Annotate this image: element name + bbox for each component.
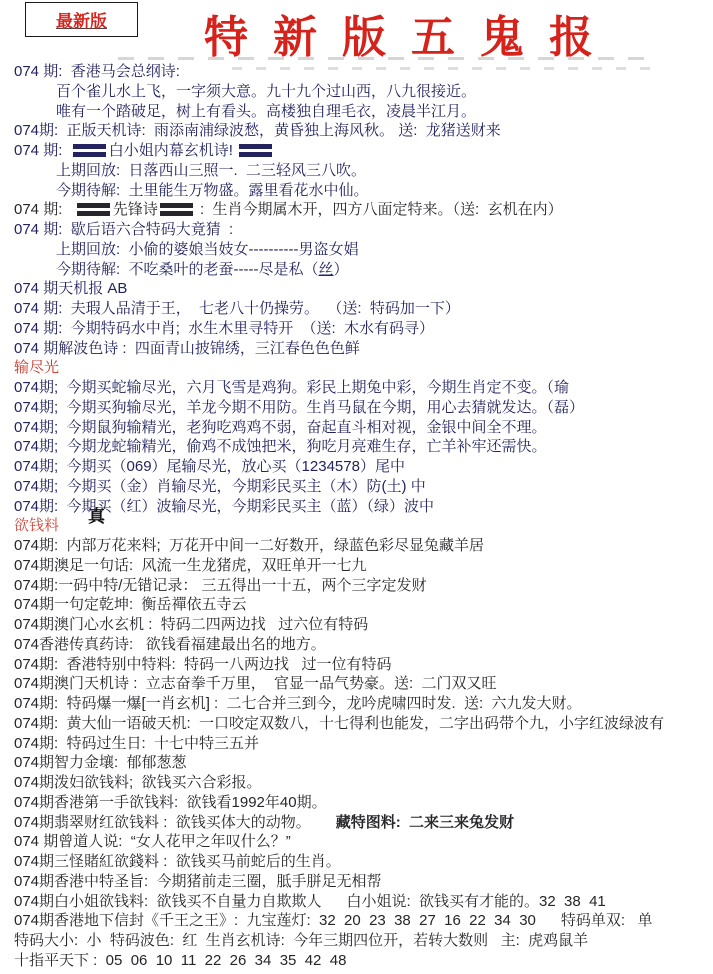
text-segment: 074期; 今期买（金）肖输尽光，今期彩民买主（木）防(土) 中 bbox=[14, 478, 426, 495]
text-segment: 074 期: bbox=[14, 201, 75, 218]
overlay-character: 真 bbox=[88, 507, 105, 527]
text-segment: 074 期曾道人说: “女人花甲之年叹什么？” bbox=[14, 833, 291, 850]
report-line: 074期: 特码爆一爆[一肖玄机] : 二七合并三到今，龙吟虎啸四时发. 送: … bbox=[14, 694, 713, 714]
text-segment: 074期: 特码爆一爆[一肖玄机] : 二七合并三到今，龙吟虎啸四时发. 送: … bbox=[14, 695, 582, 712]
report-line: 074 期: 香港马会总纲诗: bbox=[14, 62, 713, 82]
text-segment: 074期香港地下信封《千王之王》: 九宝莲灯: 32 20 23 38 27 1… bbox=[14, 912, 653, 929]
report-line: 074期香港中特圣旨: 今期猪前走三圈，胝手胼足无相帮 bbox=[14, 872, 713, 892]
report-line: 074期三怪賭紅欲錢料 : 欲钱买马前蛇后的生肖。 bbox=[14, 852, 713, 872]
text-segment: 今期待解: 土里能生万物盛。露里看花水中仙。 bbox=[56, 182, 369, 199]
report-line: 074期; 今期买狗输尽光，羊龙今期不用防。生肖马鼠在今期，用心去猜就发达。（磊… bbox=[14, 398, 713, 418]
text-segment: 074期: 特码过生日: 十七中特三五并 bbox=[14, 735, 259, 752]
report-line: 074期: 特码过生日: 十七中特三五并 bbox=[14, 734, 713, 754]
faded-print-artifact bbox=[118, 57, 646, 60]
text-segment: 白小姐内幕玄机诗! bbox=[109, 142, 237, 159]
text-segment: 074期澳门心水玄机 : 特码二四两边找 过六位有特码 bbox=[14, 616, 368, 633]
report-line: 074 期: 夫瑕人品清于王， 七老八十仍操劳。 （送: 特码加一下） bbox=[14, 299, 713, 319]
text-segment: 074期; 今期买（069）尾输尽光，放心买（1234578）尾中 bbox=[14, 458, 405, 475]
report-line: 074期香港第一手欲钱料: 欲钱看1992年40期。 bbox=[14, 793, 713, 813]
report-line: 输尽光 bbox=[14, 358, 713, 378]
text-segment: 074期香港中特圣旨: 今期猪前走三圈，胝手胼足无相帮 bbox=[14, 873, 382, 890]
text-segment: 074期:一码中特/无错记录： 三五得出一十五，两个三字定发财 bbox=[14, 577, 427, 594]
text-segment: 074期翡翠财红欲钱料 : 欲钱买体大的动物。 bbox=[14, 814, 336, 831]
report-line: 074期: 黄大仙一语破天机: 一口咬定双数八，十七得利也能发，二字出码带个九，… bbox=[14, 714, 713, 734]
report-line: 074期澳门心水玄机 : 特码二四两边找 过六位有特码 bbox=[14, 615, 713, 635]
text-segment: 074期: 正版天机诗: 雨添南浦绿波愁，黄昏独上海风秋。 送: 龙猪送财来 bbox=[14, 122, 501, 139]
report-line: 074 期: 先锋诗 : 生肖今期属木开，四方八面定特来。（送: 玄机在内） bbox=[14, 200, 713, 220]
text-segment: 074 期: 夫瑕人品清于王， 七老八十仍操劳。 （送: 特码加一下） bbox=[14, 300, 460, 317]
five-ghost-report-page: 最新版 特新版五鬼报 074 期: 香港马会总纲诗:百个雀儿水上飞，一字须大意。… bbox=[0, 0, 713, 974]
report-line: 074期白小姐欲钱料: 欲钱买不自量力自欺欺人 白小姐说: 欲钱买有才能的。32… bbox=[14, 892, 713, 912]
report-line: 今期待解: 土里能生万物盛。露里看花水中仙。 bbox=[14, 181, 713, 201]
report-line: 074期:一码中特/无错记录： 三五得出一十五，两个三字定发财 bbox=[14, 576, 713, 596]
double-bar-icon bbox=[73, 144, 106, 157]
report-line: 上期回放: 日落西山三照一. 二三轻风三八吹。 bbox=[14, 161, 713, 181]
text-segment: 074 期: 今期特码水中肖; 水生木里寻特开 （送: 木水有码寻） bbox=[14, 320, 434, 337]
latest-edition-badge: 最新版 bbox=[25, 2, 138, 37]
text-segment: 074 期解波色诗 : 四面青山披锦绣，三江春色色色鲜 bbox=[14, 340, 360, 357]
text-segment: 074期: 黄大仙一语破天机: 一口咬定双数八，十七得利也能发，二字出码带个九，… bbox=[14, 715, 664, 732]
text-segment: ） bbox=[334, 261, 349, 278]
report-line: 074香港传真药诗: 欲钱看福建最出名的地方。 bbox=[14, 635, 713, 655]
text-segment: 上期回放: 小偷的婆娘当妓女----------男盗女娼 bbox=[56, 241, 358, 258]
text-segment: 丝 bbox=[318, 261, 333, 278]
text-segment: 074 期: 歇后语六合特码大竟猜 : bbox=[14, 221, 233, 238]
report-line: 今期待解: 不吃桑叶的老蚕-----尽是私（丝） bbox=[14, 260, 713, 280]
text-segment: 074期白小姐欲钱料: 欲钱买不自量力自欺欺人 白小姐说: 欲钱买有才能的。32… bbox=[14, 893, 606, 910]
text-segment: 074期智力金壤: 郁郁葱葱 bbox=[14, 754, 187, 771]
text-segment: 074期澳门天机诗 : 立志奋拳千万里， 官显一品气势豪。送: 二门双又旺 bbox=[14, 675, 497, 692]
report-line: 074期翡翠财红欲钱料 : 欲钱买体大的动物。 藏特图料: 二来三来兔发财 bbox=[14, 813, 713, 833]
page-title: 特新版五鬼报 bbox=[204, 1, 618, 65]
text-segment: 今期待解: 不吃桑叶的老蚕-----尽是私（ bbox=[56, 261, 318, 278]
text-segment: 074期; 今期买蛇输尽光，六月飞雪是鸡狗。彩民上期兔中彩，今期生肖定不变。（瑜 bbox=[14, 379, 569, 396]
text-segment: 百个雀儿水上飞，一字须大意。九十九个过山西，八九很接近。 bbox=[56, 83, 476, 100]
report-line: 074 期: 今期特码水中肖; 水生木里寻特开 （送: 木水有码寻） bbox=[14, 319, 713, 339]
report-line: 特码大小: 小 特码波色: 红 生肖玄机诗: 今年三期四位开，若转大数则 主: … bbox=[14, 931, 713, 951]
text-segment: 先锋诗 bbox=[113, 201, 158, 218]
double-bar-icon bbox=[239, 144, 272, 157]
double-bar-icon bbox=[77, 203, 110, 216]
text-segment: 074 期天机报 AB bbox=[14, 280, 127, 297]
text-segment: 上期回放: 日落西山三照一. 二三轻风三八吹。 bbox=[56, 162, 366, 179]
report-line: 074期; 今期龙蛇输精光，偷鸡不成蚀把米，狗吃月亮难生存，亡羊补牢还需快。 bbox=[14, 437, 713, 457]
text-segment: 074期三怪賭紅欲錢料 : 欲钱买马前蛇后的生肖。 bbox=[14, 853, 341, 870]
report-line: 唯有一个踏破足，树上有看头。高楼独自理毛衣，凌晨半江月。 bbox=[14, 102, 713, 122]
report-line: 074期: 正版天机诗: 雨添南浦绿波愁，黄昏独上海风秋。 送: 龙猪送财来 bbox=[14, 121, 713, 141]
text-segment: 藏特图料: 二来三来兔发财 bbox=[336, 814, 514, 831]
report-line: 074期智力金壤: 郁郁葱葱 bbox=[14, 753, 713, 773]
text-segment: 074期: 内部万花来料; 万花开中间一二好数开，绿蓝色彩尽显兔藏羊居 bbox=[14, 537, 484, 554]
report-line: 074期澳足一句话: 风流一生龙猪虎，双旺单开一七九 bbox=[14, 556, 713, 576]
text-segment: 074期泼妇欲钱料; 欲钱买六合彩报。 bbox=[14, 774, 262, 791]
text-segment: 074 期: bbox=[14, 142, 71, 159]
double-bar-icon bbox=[160, 203, 193, 216]
text-segment: 十指平天下 : 05 06 10 11 22 26 34 35 42 48 bbox=[14, 952, 346, 969]
text-segment: 输尽光 bbox=[14, 359, 59, 376]
report-line: 074 期: 白小姐内幕玄机诗! bbox=[14, 141, 713, 161]
report-line: 百个雀儿水上飞，一字须大意。九十九个过山西，八九很接近。 bbox=[14, 82, 713, 102]
text-segment: 074香港传真药诗: 欲钱看福建最出名的地方。 bbox=[14, 636, 326, 653]
report-line: 074期一句定乾坤: 衡岳禪依五寺云 bbox=[14, 595, 713, 615]
report-line: 074 期曾道人说: “女人花甲之年叹什么？” bbox=[14, 832, 713, 852]
report-line: 074期: 今期买（红）波输尽光，今期彩民买主（蓝）（绿）波中 bbox=[14, 497, 713, 517]
report-line: 074期泼妇欲钱料; 欲钱买六合彩报。 bbox=[14, 773, 713, 793]
text-segment: 074期; 今期龙蛇输精光，偷鸡不成蚀把米，狗吃月亮难生存，亡羊补牢还需快。 bbox=[14, 438, 547, 455]
report-line: 074期; 今期买（069）尾输尽光，放心买（1234578）尾中 bbox=[14, 457, 713, 477]
text-segment: 欲钱料 bbox=[14, 517, 59, 534]
text-segment: 特码大小: 小 特码波色: 红 生肖玄机诗: 今年三期四位开，若转大数则 主: … bbox=[14, 932, 588, 949]
text-segment: 074期; 今期买狗输尽光，羊龙今期不用防。生肖马鼠在今期，用心去猜就发达。（磊… bbox=[14, 399, 584, 416]
report-line: 074期; 今期买蛇输尽光，六月飞雪是鸡狗。彩民上期兔中彩，今期生肖定不变。（瑜 bbox=[14, 378, 713, 398]
report-line: 074期; 今期鼠狗输精光，老狗吃鸡鸡不弱，奋起直斗相对视，金银中间全不理。 bbox=[14, 418, 713, 438]
report-line: 074期澳门天机诗 : 立志奋拳千万里， 官显一品气势豪。送: 二门双又旺 bbox=[14, 674, 713, 694]
text-segment: 074期澳足一句话: 风流一生龙猪虎，双旺单开一七九 bbox=[14, 557, 367, 574]
report-body: 074 期: 香港马会总纲诗:百个雀儿水上飞，一字须大意。九十九个过山西，八九很… bbox=[14, 62, 713, 971]
text-segment: 074期; 今期鼠狗输精光，老狗吃鸡鸡不弱，奋起直斗相对视，金银中间全不理。 bbox=[14, 419, 547, 436]
text-segment: 唯有一个踏破足，树上有看头。高楼独自理毛衣，凌晨半江月。 bbox=[56, 103, 476, 120]
report-line: 074期香港地下信封《千王之王》: 九宝莲灯: 32 20 23 38 27 1… bbox=[14, 911, 713, 931]
report-line: 上期回放: 小偷的婆娘当妓女----------男盗女娼 bbox=[14, 240, 713, 260]
report-line: 074 期解波色诗 : 四面青山披锦绣，三江春色色色鲜 bbox=[14, 339, 713, 359]
text-segment: 074期一句定乾坤: 衡岳禪依五寺云 bbox=[14, 596, 247, 613]
text-segment: 074期: 香港特别中特料: 特码一八两边找 过一位有特码 bbox=[14, 656, 392, 673]
text-segment: 074期: 今期买（红）波输尽光，今期彩民买主（蓝）（绿）波中 bbox=[14, 498, 434, 515]
text-segment: : 生肖今期属木开，四方八面定特来。（送: 玄机在内） bbox=[196, 201, 563, 218]
report-line: 欲钱料真 bbox=[14, 516, 713, 536]
report-line: 十指平天下 : 05 06 10 11 22 26 34 35 42 48 bbox=[14, 951, 713, 971]
text-segment: 074 期: 香港马会总纲诗: bbox=[14, 63, 180, 80]
report-line: 074期: 内部万花来料; 万花开中间一二好数开，绿蓝色彩尽显兔藏羊居 bbox=[14, 536, 713, 556]
report-line: 074期; 今期买（金）肖输尽光，今期彩民买主（木）防(土) 中 bbox=[14, 477, 713, 497]
text-segment: 074期香港第一手欲钱料: 欲钱看1992年40期。 bbox=[14, 794, 327, 811]
report-line: 074期: 香港特别中特料: 特码一八两边找 过一位有特码 bbox=[14, 655, 713, 675]
report-line: 074 期: 歇后语六合特码大竟猜 : bbox=[14, 220, 713, 240]
report-line: 074 期天机报 AB bbox=[14, 279, 713, 299]
